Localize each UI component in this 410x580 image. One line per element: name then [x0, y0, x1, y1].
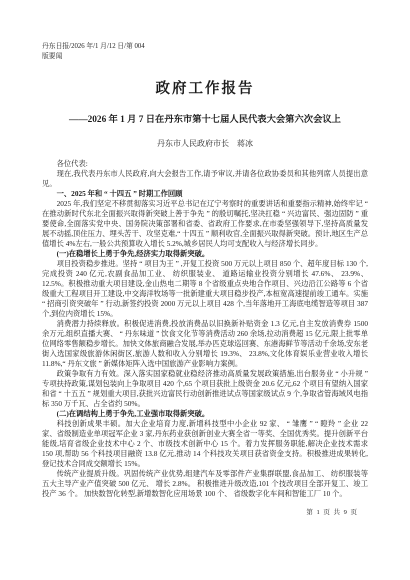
masthead: 丹东日报/2026 年/1 月/12 日/第 004 版要闻: [42, 42, 368, 62]
paragraph-intro: 现在,我代表丹东市人民政府,向大会报告工作,请予审议,并请各位政协委员和其他列席…: [42, 169, 368, 189]
sub-heading-2: (二)在调结构上勇于争先,工业强市取得新突破。: [42, 409, 368, 419]
masthead-line-1: 丹东日报/2026 年/1 月/12 日/第 004: [42, 42, 368, 52]
paragraph-traditional-industry: 传统产业提质升级。巩固传统产业优势,组建汽车及零部件产业集群联盟,食品加工、 纺…: [42, 469, 368, 499]
report-subtitle: ——2026 年 1 月 7 日在丹东市第十七届人民代表大会第六次会议上: [42, 111, 368, 125]
paragraph-consumption: 消费潜力持续释放。积极促进消费,投放消费品以旧换新补贴资金 1.3 亿元,自主发…: [42, 319, 368, 369]
section-heading-1: 一、2025 年和 “ 十四五 ” 时期工作回顾: [42, 189, 368, 199]
paragraph-technology: 科技创新成果丰硕。加大企业培育力度,新增科技型中小企业 92 家、 “ 雏鹰 ”…: [42, 419, 368, 469]
masthead-line-2: 版要闻: [42, 52, 368, 62]
report-body: 各位代表:现在,我代表丹东市人民政府,向大会报告工作,请予审议,并请各位政协委员…: [42, 159, 368, 498]
page-content: 丹东日报/2026 年/1 月/12 日/第 004 版要闻 政府工作报告 ——…: [0, 0, 410, 499]
page-number: 第 1 页 共 9 页: [306, 507, 358, 516]
report-title: 政府工作报告: [42, 77, 368, 98]
paragraph-investment: 项目投资稳步推进。坚持 “ 项目为王 ” ,开复工投资 500 万元以上项目 8…: [42, 259, 368, 319]
paragraph-overview: 2025 年,我们坚定不移贯彻落实习近平总书记在辽宁考察时的重要讲话和重要指示精…: [42, 199, 368, 249]
document-page: 丹东日报/2026 年/1 月/12 日/第 004 版要闻 政府工作报告 ——…: [0, 0, 410, 580]
sub-heading-1: (一)在稳增长上勇于争先,经济实力取得新突破。: [42, 249, 368, 259]
paragraph-policy: 政策争取有力有效。深入落实国家稳就业稳经济推动高质量发展政策措施,出台服务业 “…: [42, 369, 368, 409]
byline: 丹东市人民政府市长 蒋冰: [42, 138, 368, 149]
salutation: 各位代表:: [42, 159, 368, 169]
